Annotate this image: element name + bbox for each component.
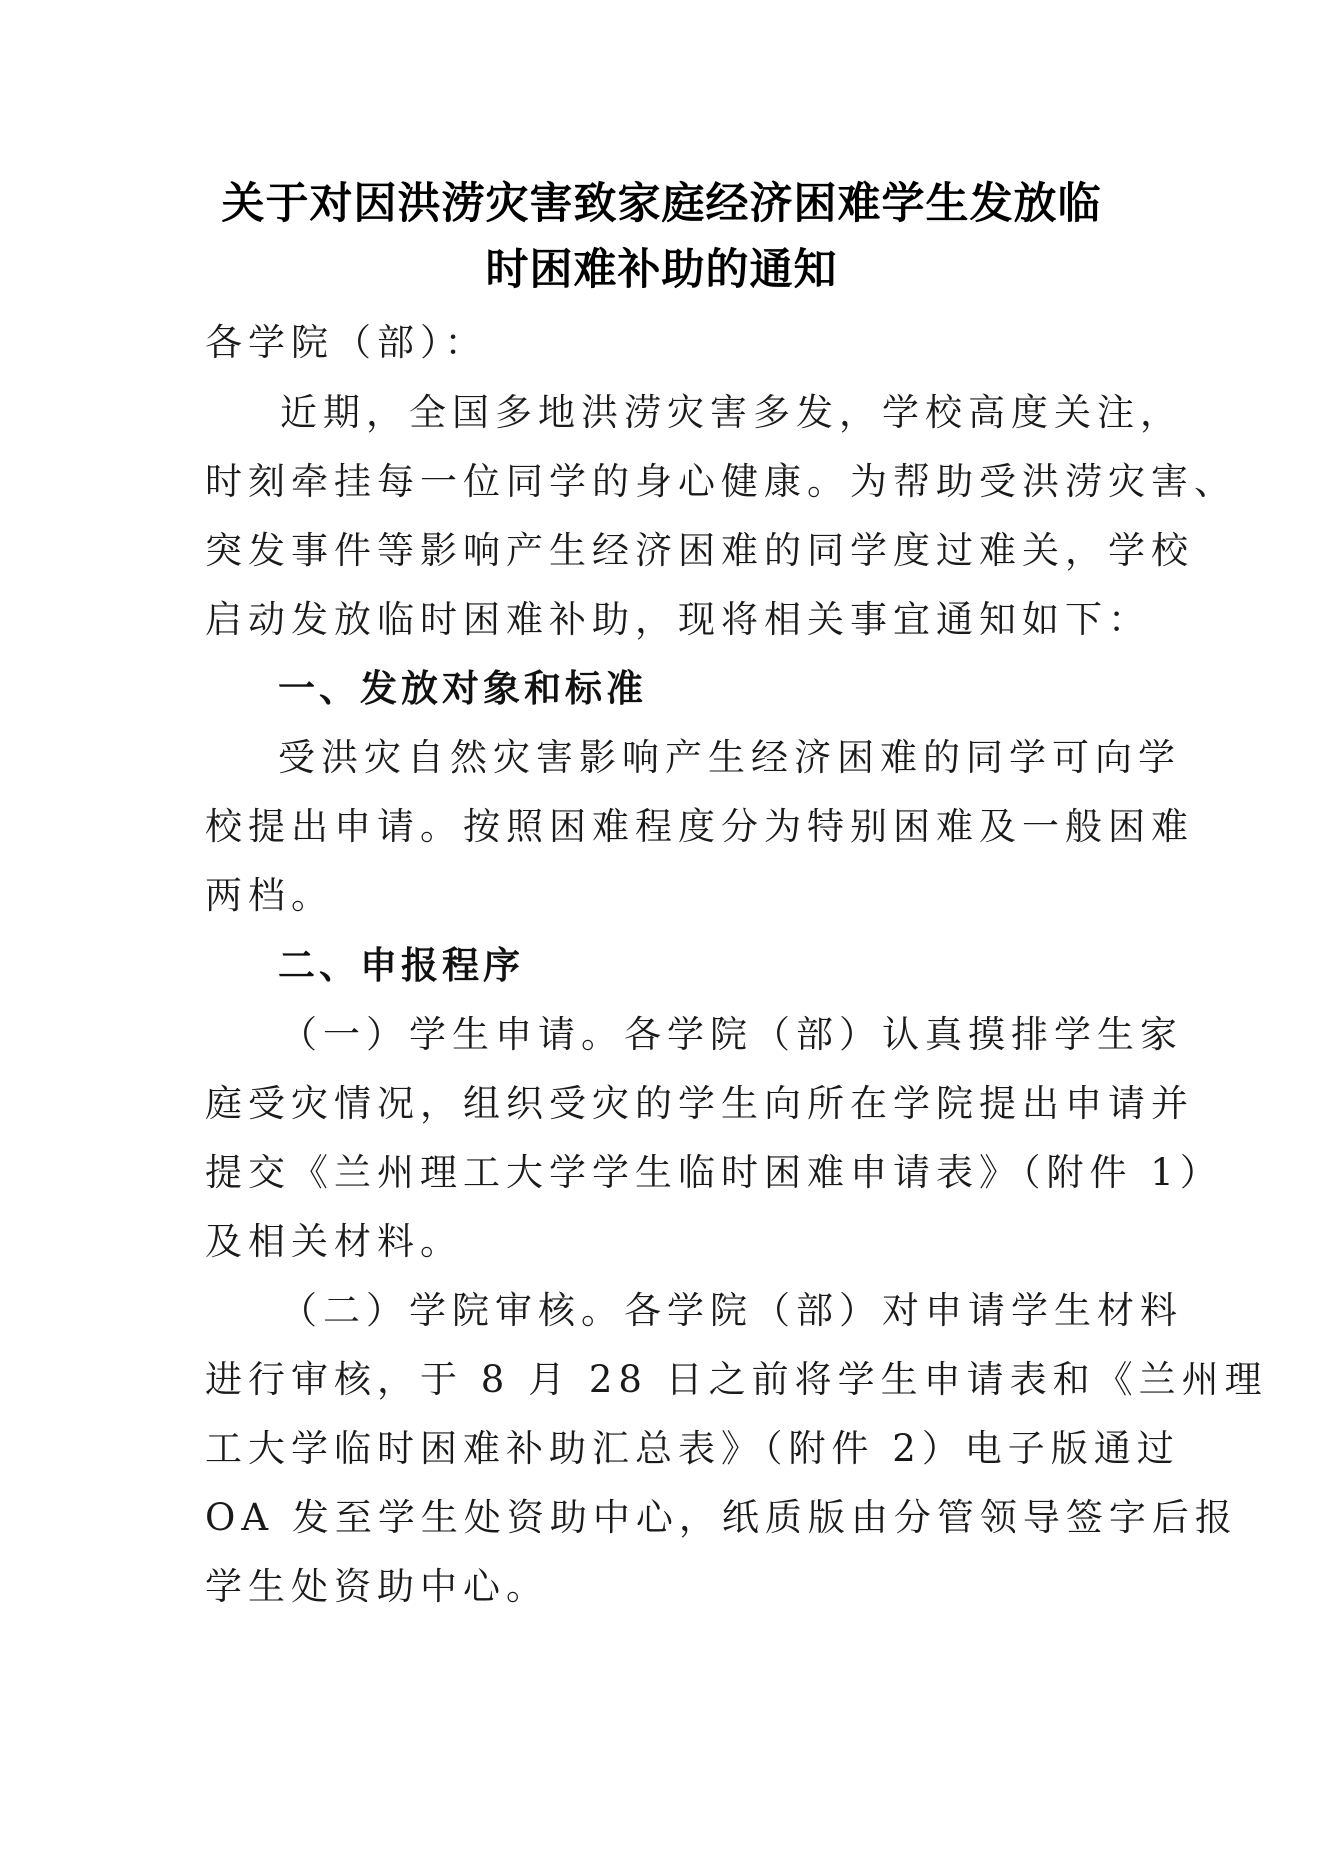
intro-line-1: 近期，全国多地洪涝灾害多发，学校高度关注， (280, 382, 1183, 436)
section-1-line-1: 受洪灾自然灾害影响产生经济困难的同学可向学 (278, 727, 1181, 781)
section-2-para-2-line-3: 工大学临时困难补助汇总表》（附件 2）电子版通过 (205, 1418, 1180, 1472)
section-heading-2: 二、申报程序 (278, 935, 524, 989)
section-1-line-2: 校提出申请。按照困难程度分为特别困难及一般困难 (205, 796, 1194, 850)
section-2-para-1-line-4: 及相关材料。 (205, 1211, 463, 1265)
salutation: 各学院（部）： (205, 312, 488, 366)
section-2-para-1-line-3: 提交《兰州理工大学学生临时困难申请表》（附件 1） (205, 1142, 1223, 1196)
document-page: 关于对因洪涝灾害致家庭经济困难学生发放临 时困难补助的通知 各学院（部）： 近期… (0, 0, 1323, 1871)
section-2-para-2-line-1: （二）学院审核。各学院（部）对申请学生材料 (280, 1280, 1183, 1334)
section-2-para-1-line-2: 庭受灾情况，组织受灾的学生向所在学院提出申请并 (205, 1073, 1194, 1127)
intro-line-4: 启动发放临时困难补助，现将相关事宜通知如下： (205, 589, 1151, 643)
section-1-line-3: 两档。 (205, 865, 334, 919)
section-2-para-1-line-1: （一）学生申请。各学院（部）认真摸排学生家 (280, 1004, 1183, 1058)
section-heading-1: 一、发放对象和标准 (278, 658, 647, 712)
document-title-line-2: 时困难补助的通知 (0, 236, 1323, 297)
section-2-para-2-line-5: 学生处资助中心。 (205, 1556, 549, 1610)
section-2-para-2-line-2: 进行审核，于 8 月 28 日之前将学生申请表和《兰州理 (205, 1349, 1268, 1403)
intro-line-3: 突发事件等影响产生经济困难的同学度过难关，学校 (205, 520, 1194, 574)
intro-line-2: 时刻牵挂每一位同学的身心健康。为帮助受洪涝灾害、 (205, 451, 1237, 505)
document-title-line-1: 关于对因洪涝灾害致家庭经济困难学生发放临 (0, 170, 1323, 231)
section-2-para-2-line-4: OA 发至学生处资助中心，纸质版由分管领导签字后报 (205, 1487, 1238, 1541)
